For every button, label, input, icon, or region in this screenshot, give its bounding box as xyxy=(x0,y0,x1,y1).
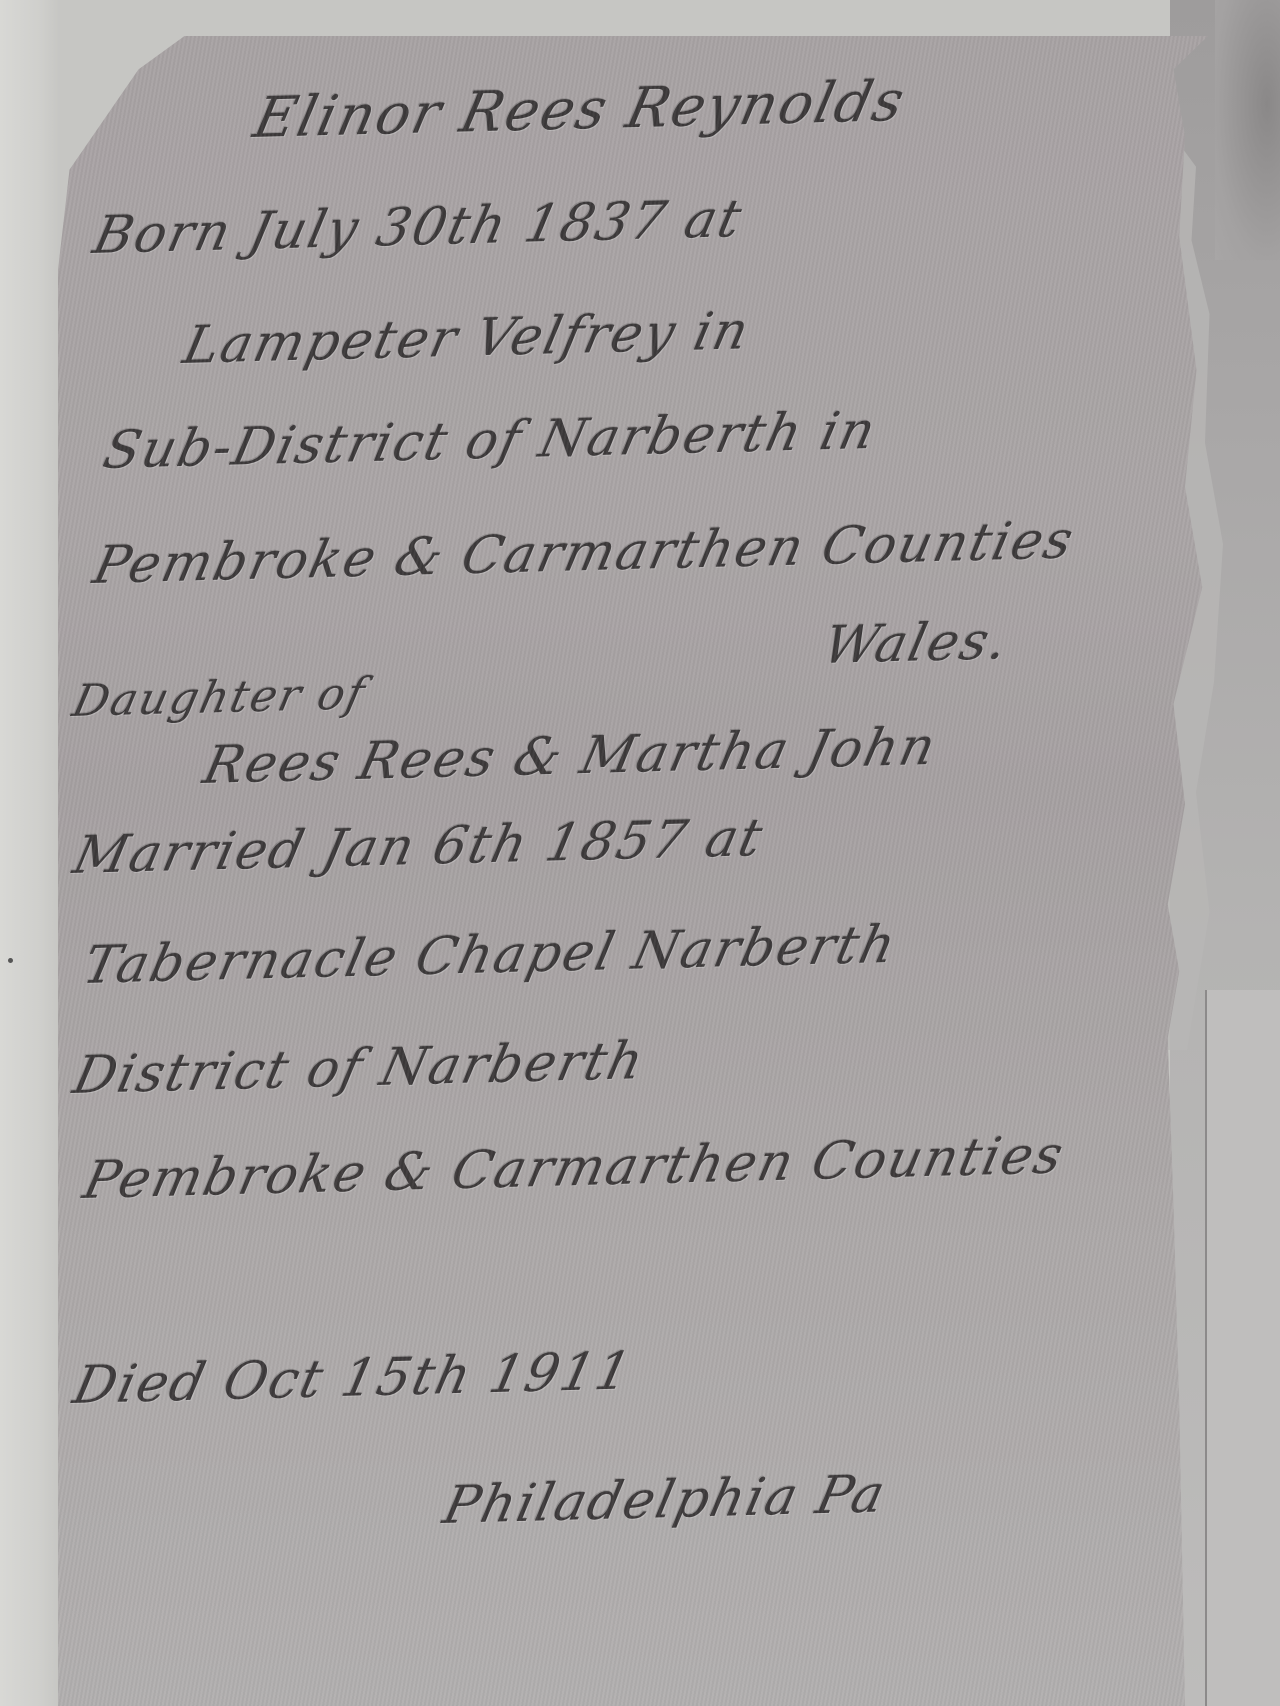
record-birth-line: Born July 30th 1837 at xyxy=(88,189,748,266)
record-name: Elinor Rees Reynolds xyxy=(248,69,912,151)
record-counties-line-2: Pembroke & Carmarthen Counties xyxy=(78,1126,1070,1211)
record-country-line: Wales. xyxy=(818,611,1015,676)
record-death-place-line: Philadelphia Pa xyxy=(438,1465,892,1536)
record-death-line: Died Oct 15th 1911 xyxy=(68,1342,638,1416)
record-birthplace-line: Lampeter Velfrey in xyxy=(178,301,756,376)
record-subdistrict-line: Sub-District of Narberth in xyxy=(98,401,882,481)
record-parents-line: Rees Rees & Martha John xyxy=(198,717,943,796)
record-district-line: District of Narberth xyxy=(68,1031,651,1106)
record-chapel-line: Tabernacle Chapel Narberth xyxy=(78,915,903,996)
record-marriage-line: Married Jan 6th 1857 at xyxy=(68,808,769,886)
adjacent-page-shadow xyxy=(1215,0,1280,260)
handwritten-record-sheet: Elinor Rees Reynolds Born July 30th 1837… xyxy=(58,36,1208,1706)
adjacent-sheet-edge xyxy=(1205,990,1280,1706)
record-counties-line: Pembroke & Carmarthen Counties xyxy=(88,511,1080,596)
stray-mark xyxy=(8,958,13,963)
record-daughter-of-label: Daughter of xyxy=(68,668,371,727)
